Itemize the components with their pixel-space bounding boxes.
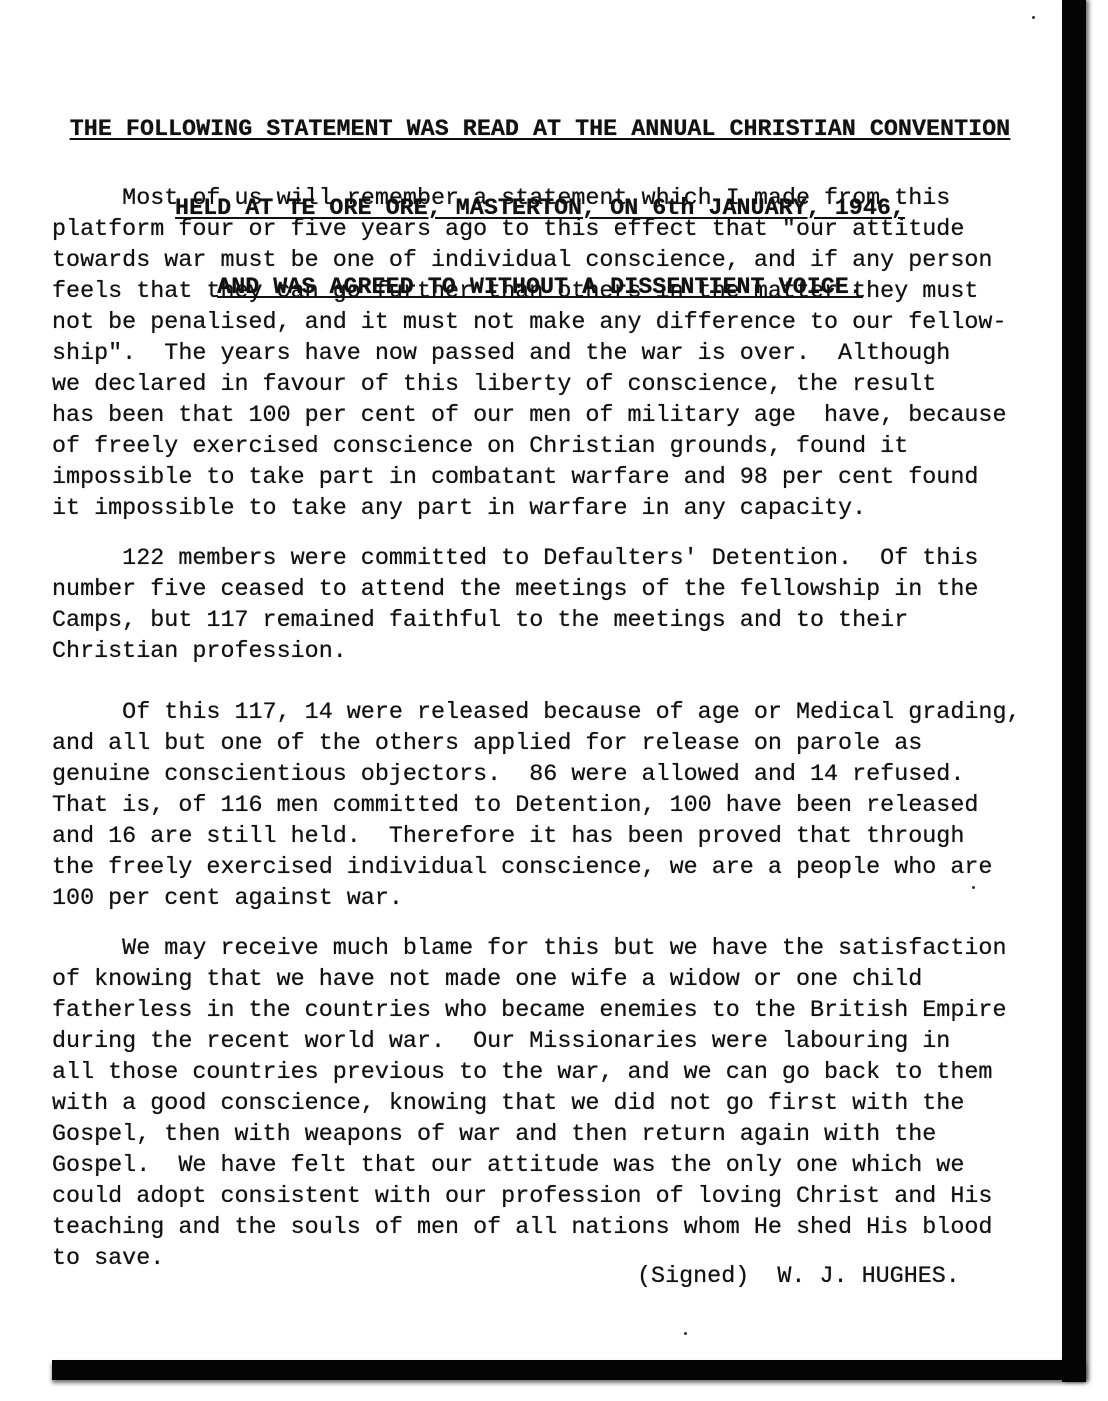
scan-speck [972,886,975,889]
scan-speck [1032,16,1035,19]
text-line: towards war must be one of individual co… [52,246,1007,277]
text-line: Gospel. We have felt that our attitude w… [52,1151,1007,1182]
text-line: platform four or five years ago to this … [52,215,1007,246]
text-line: not be penalised, and it must not make a… [52,308,1007,339]
text-line: teaching and the souls of men of all nat… [52,1213,1007,1244]
text-line: and 16 are still held. Therefore it has … [52,822,1021,853]
text-line: during the recent world war. Our Mission… [52,1027,1007,1058]
text-line: 122 members were committed to Defaulters… [52,544,978,575]
text-line: ship". The years have now passed and the… [52,339,1007,370]
paragraph-detention-members: 122 members were committed to Defaulters… [52,544,978,668]
text-line: Of this 117, 14 were released because of… [52,698,1021,729]
text-line: fatherless in the countries who became e… [52,996,1007,1027]
text-line: 100 per cent against war. [52,884,1021,915]
text-line: feels that they can go further than othe… [52,277,1007,308]
scan-speck [684,1332,687,1335]
text-line: Gospel, then with weapons of war and the… [52,1120,1007,1151]
text-line: We may receive much blame for this but w… [52,934,1007,965]
text-line: of freely exercised conscience on Christ… [52,432,1007,463]
paragraph-conclusion: We may receive much blame for this but w… [52,934,1007,1275]
text-line: and all but one of the others applied fo… [52,729,1021,760]
heading-line: THE FOLLOWING STATEMENT WAS READ AT THE … [0,118,1080,145]
page-edge-shadow-bottom [52,1360,1086,1380]
text-line: Camps, but 117 remained faithful to the … [52,606,978,637]
text-line: has been that 100 per cent of our men of… [52,401,1007,432]
paragraph-statement-recall: Most of us will remember a statement whi… [52,184,1007,525]
text-line: could adopt consistent with our professi… [52,1182,1007,1213]
text-line: Christian profession. [52,637,978,668]
text-line: it impossible to take any part in warfar… [52,494,1007,525]
text-line: all those countries previous to the war,… [52,1058,1007,1089]
signature-line: (Signed) W. J. HUGHES. [637,1262,960,1293]
text-line: Most of us will remember a statement whi… [52,184,1007,215]
text-line: impossible to take part in combatant war… [52,463,1007,494]
text-line: That is, of 116 men committed to Detenti… [52,791,1021,822]
text-line: with a good conscience, knowing that we … [52,1089,1007,1120]
text-line: the freely exercised individual conscien… [52,853,1021,884]
text-line: number five ceased to attend the meeting… [52,575,978,606]
paragraph-release-figures: Of this 117, 14 were released because of… [52,698,1021,915]
text-line: we declared in favour of this liberty of… [52,370,1007,401]
document-page: THE FOLLOWING STATEMENT WAS READ AT THE … [0,0,1060,1360]
text-line: of knowing that we have not made one wif… [52,965,1007,996]
text-line: genuine conscientious objectors. 86 were… [52,760,1021,791]
page-edge-shadow-right [1062,0,1086,1382]
